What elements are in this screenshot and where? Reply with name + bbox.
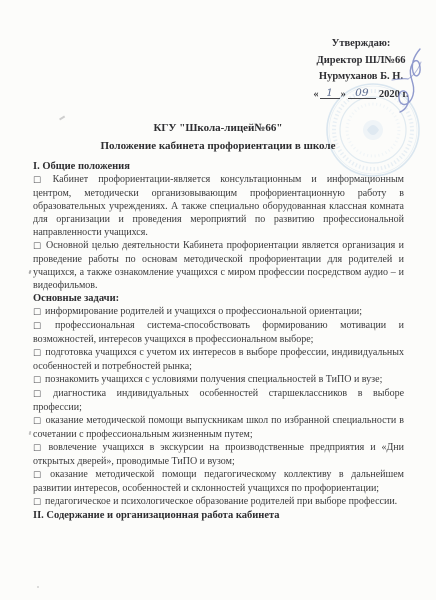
- task-item: □вовлечение учащихся в экскурсии на прои…: [33, 441, 404, 468]
- checkbox-bullet-icon: □: [33, 497, 41, 507]
- org-name: КГУ "Школа-лицей№66": [0, 119, 436, 137]
- task-item: □педагогическое и психологическое образо…: [33, 495, 404, 509]
- task-text: диагностика индивидуальных особенностей …: [33, 388, 404, 413]
- document-body: I. Общие положения □Кабинет профориентац…: [33, 160, 404, 522]
- task-item: □диагностика индивидуальных особенностей…: [33, 387, 404, 414]
- tasks-heading: Основные задачи:: [33, 292, 404, 305]
- title-block: КГУ "Школа-лицей№66" Положение кабинета …: [0, 119, 436, 155]
- task-text: вовлечение учащихся в экскурсии на произ…: [33, 442, 404, 467]
- scan-artifact: [37, 586, 39, 588]
- task-text: подготовка учащихся с учетом их интересо…: [33, 347, 404, 372]
- checkbox-bullet-icon: □: [33, 375, 41, 385]
- scan-artifact: [29, 431, 32, 435]
- general-paragraph: □Основной целью деятельности Кабинета пр…: [33, 239, 404, 292]
- scan-artifact: [28, 270, 31, 274]
- task-text: профессиональная система-способствовать …: [33, 320, 404, 345]
- section-1-heading: I. Общие положения: [33, 160, 404, 173]
- task-item: □познакомить учащихся с условиями получе…: [33, 373, 404, 387]
- checkbox-bullet-icon: □: [33, 416, 42, 426]
- task-item: □информирование родителей и учащихся о п…: [33, 305, 404, 319]
- task-text: педагогическое и психологическое образов…: [45, 496, 397, 507]
- task-item: □оказание методической помощи выпускника…: [33, 414, 404, 441]
- task-text: информирование родителей и учащихся о пр…: [45, 306, 362, 317]
- checkbox-bullet-icon: □: [33, 389, 49, 399]
- checkbox-bullet-icon: □: [33, 470, 46, 480]
- document-title: Положение кабинета профориентации в школ…: [0, 137, 436, 155]
- section-2-heading: II. Содержание и организационная работа …: [33, 509, 404, 522]
- task-text: оказание методической помощи педагогичес…: [33, 469, 404, 494]
- paragraph-text: Основной целью деятельности Кабинета про…: [33, 240, 404, 291]
- paragraph-text: Кабинет профориентации-является консульт…: [33, 174, 404, 238]
- scanned-document-page: Утверждаю: Директор ШЛ№66 Нурмуханов Б. …: [0, 0, 436, 600]
- task-text: оказание методической помощи выпускникам…: [33, 415, 404, 440]
- date-open-quote: «: [313, 89, 318, 100]
- general-paragraph: □Кабинет профориентации-является консуль…: [33, 173, 404, 239]
- signature-scribble-icon: [390, 46, 430, 116]
- task-item: □подготовка учащихся с учетом их интерес…: [33, 346, 404, 373]
- date-close-quote: »: [341, 89, 346, 100]
- checkbox-bullet-icon: □: [33, 175, 49, 185]
- date-day-blank: 1: [320, 86, 340, 99]
- checkbox-bullet-icon: □: [33, 307, 41, 317]
- handwritten-month: 09: [355, 87, 368, 99]
- checkbox-bullet-icon: □: [33, 443, 44, 453]
- handwritten-day: 1: [326, 87, 333, 99]
- task-item: □профессиональная система-способствовать…: [33, 319, 404, 346]
- date-month-blank: 09: [348, 86, 376, 99]
- checkbox-bullet-icon: □: [33, 321, 51, 331]
- checkbox-bullet-icon: □: [33, 348, 41, 358]
- task-text: познакомить учащихся с условиями получен…: [45, 374, 382, 385]
- task-item: □оказание методической помощи педагогиче…: [33, 468, 404, 495]
- checkbox-bullet-icon: □: [33, 241, 42, 251]
